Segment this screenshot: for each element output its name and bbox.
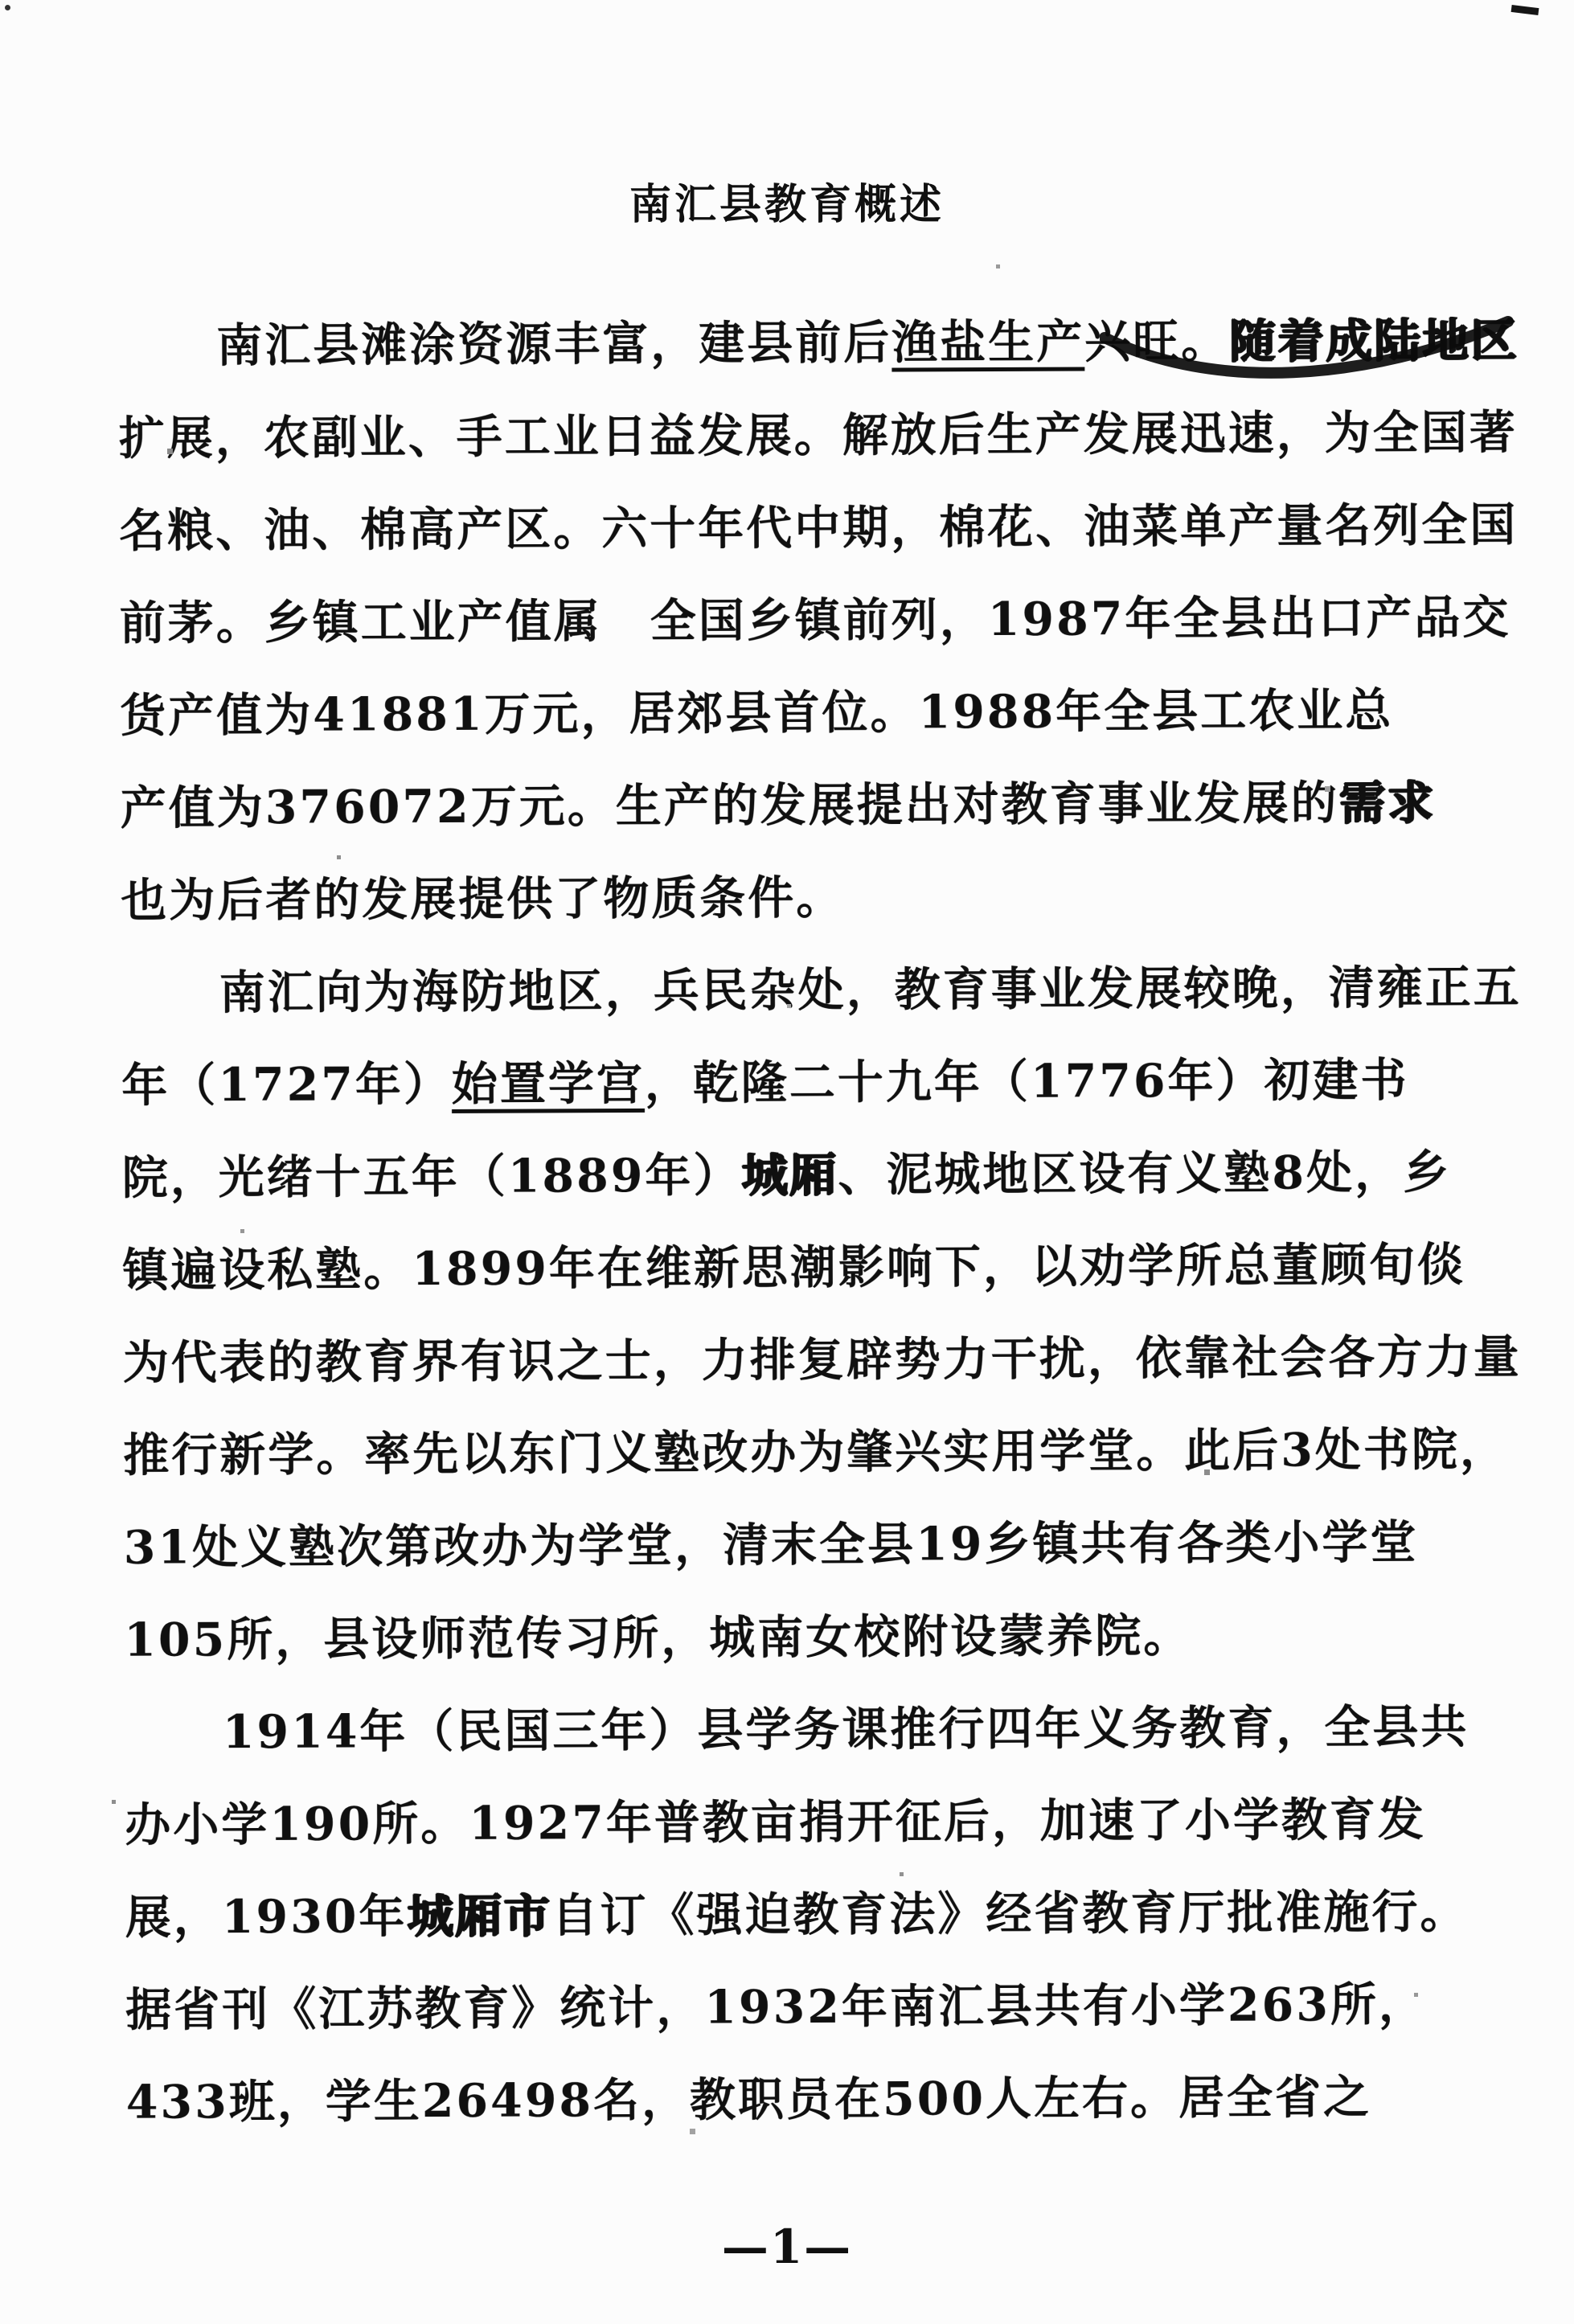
text-segment: 31处义塾次第改办为学堂，清末全县19乡镇共有各类小学堂 (124, 1515, 1419, 1575)
text-line: 院，光绪十五年（1889年）城厢、泥城地区设有义塾8处，乡 (122, 1125, 1502, 1223)
text-segment: 为代表的教育界有识之士，力排复辟势力干扰，依靠社会各方力量 (123, 1330, 1522, 1390)
text-segment: 433班，学生26498名，教职员在500人左右。居全省之 (126, 2070, 1372, 2129)
text-segment: 据省刊《江苏教育》统计，1932年南汇县共有小学263所， (125, 1978, 1427, 2037)
text-segment: 、泥城地区设有义塾8处，乡 (838, 1146, 1451, 1202)
scan-noise-specks (0, 0, 2, 2)
text-line: 31处义塾次第改办为学堂，清末全县19乡镇共有各类小学堂 (124, 1495, 1503, 1593)
text-line: 据省刊《江苏教育》统计，1932年南汇县共有小学263所， (125, 1957, 1505, 2056)
scan-artifact-dot (5, 5, 10, 10)
text-segment: 自订《强迫教育法》经省教育厅批准施行。 (551, 1884, 1468, 1942)
text-line: 扩展，农副业、手工业日益发展。解放后生产发展迅速，为全国著 (118, 386, 1498, 484)
text-line: 也为后者的发展提供了物质条件。 (121, 848, 1500, 946)
text-segment: 南汇向为海防地区，兵民杂处，教育事业发展较晚，清雍正五 (219, 960, 1522, 1019)
text-line: 产值为376072万元。生产的发展提出对教育事业发展的需求 (120, 756, 1499, 854)
text-line: 1914年（民国三年）县学务课推行四年义务教育，全县共 (125, 1680, 1504, 1778)
scanned-document-page: 南汇县教育概述 南汇县滩涂资源丰富，建县前后渔盐生产兴旺。随着成陆地区扩展，农副… (0, 0, 1574, 2324)
text-line: 货产值为41881万元，居郊县首位。1988年全县工农业总 (120, 663, 1499, 761)
text-line: 前茅。乡镇工业产值属 全国乡镇前列，1987年全县出口产品交 (119, 571, 1498, 669)
text-segment: 南汇县滩涂资源丰富，建县前后 (216, 316, 892, 373)
text-segment: ，乾隆二十九年（1776年）初建书 (645, 1053, 1409, 1110)
text-segment: 产值为376072万元。生产的发展提出对教育事业发展的 (121, 776, 1339, 835)
text-segment: 城厢 (741, 1148, 838, 1203)
text-segment: 办小学190所。1927年普教亩捐开征后，加速了小学教育发 (125, 1793, 1426, 1852)
text-line: 镇遍设私塾。1899年在维新思潮影响下，以劝学所总董顾旬倓 (122, 1218, 1502, 1316)
text-segment: 推行新学。率先以东门义塾改办为肇兴实用学堂。此后3处书院， (123, 1422, 1508, 1482)
text-line: 展，1930年城厢市自订《强迫教育法》经省教育厅批准施行。 (125, 1865, 1505, 1963)
body-text: 南汇县滩涂资源丰富，建县前后渔盐生产兴旺。随着成陆地区扩展，农副业、手工业日益发… (118, 293, 1506, 2148)
text-segment: 需求 (1339, 776, 1436, 830)
text-segment: 展，1930年 (125, 1889, 408, 1945)
text-line: 办小学190所。1927年普教亩捐开征后，加速了小学教育发 (125, 1773, 1504, 1871)
text-segment: 名粮、油、棉高产区。六十年代中期，棉花、油菜单产量名列全国 (119, 498, 1518, 558)
text-line: 年（1727年）始置学宫，乾隆二十九年（1776年）初建书 (121, 1033, 1501, 1131)
text-segment: 镇遍设私塾。1899年在维新思潮影响下，以劝学所总董顾旬倓 (122, 1237, 1465, 1297)
text-segment: 货产值为41881万元，居郊县首位。1988年全县工农业总 (120, 683, 1393, 743)
text-line: 南汇县滩涂资源丰富，建县前后渔盐生产兴旺。随着成陆地区 (118, 293, 1498, 391)
text-line: 105所，县设师范传习所，城南女校附设蒙养院。 (124, 1588, 1503, 1686)
text-segment: 始置学宫 (452, 1056, 645, 1111)
document-title: 南汇县教育概述 (0, 0, 1574, 231)
text-segment: 105所，县设师范传习所，城南女校附设蒙养院。 (124, 1609, 1191, 1667)
text-segment: 也为后者的发展提供了物质条件。 (121, 871, 844, 928)
text-segment: 扩展，农副业、手工业日益发展。解放后生产发展迅速，为全国著 (119, 405, 1518, 465)
text-segment: 前茅。乡镇工业产值属 全国乡镇前列，1987年全县出口产品交 (120, 590, 1511, 650)
text-segment: 随着成陆地区 (1229, 313, 1519, 368)
text-segment: 院，光绪十五年（1889年） (122, 1148, 742, 1204)
text-segment: 城厢市 (407, 1888, 551, 1943)
text-segment: 兴旺。 (1084, 314, 1229, 369)
text-line: 推行新学。率先以东门义塾改办为肇兴实用学堂。此后3处书院， (123, 1403, 1502, 1501)
text-line: 南汇向为海防地区，兵民杂处，教育事业发展较晚，清雍正五 (121, 941, 1501, 1039)
page-number: —1— (0, 2219, 1574, 2274)
text-line: 为代表的教育界有识之士，力排复辟势力干扰，依靠社会各方力量 (123, 1310, 1502, 1408)
text-line: 433班，学生26498名，教职员在500人左右。居全省之 (126, 2050, 1506, 2148)
text-line: 名粮、油、棉高产区。六十年代中期，棉花、油菜单产量名列全国 (119, 478, 1498, 576)
text-segment: 年（1727年） (121, 1057, 452, 1113)
text-segment: 渔盐生产 (892, 315, 1084, 370)
text-segment: 1914年（民国三年）县学务课推行四年义务教育，全县共 (223, 1699, 1469, 1759)
